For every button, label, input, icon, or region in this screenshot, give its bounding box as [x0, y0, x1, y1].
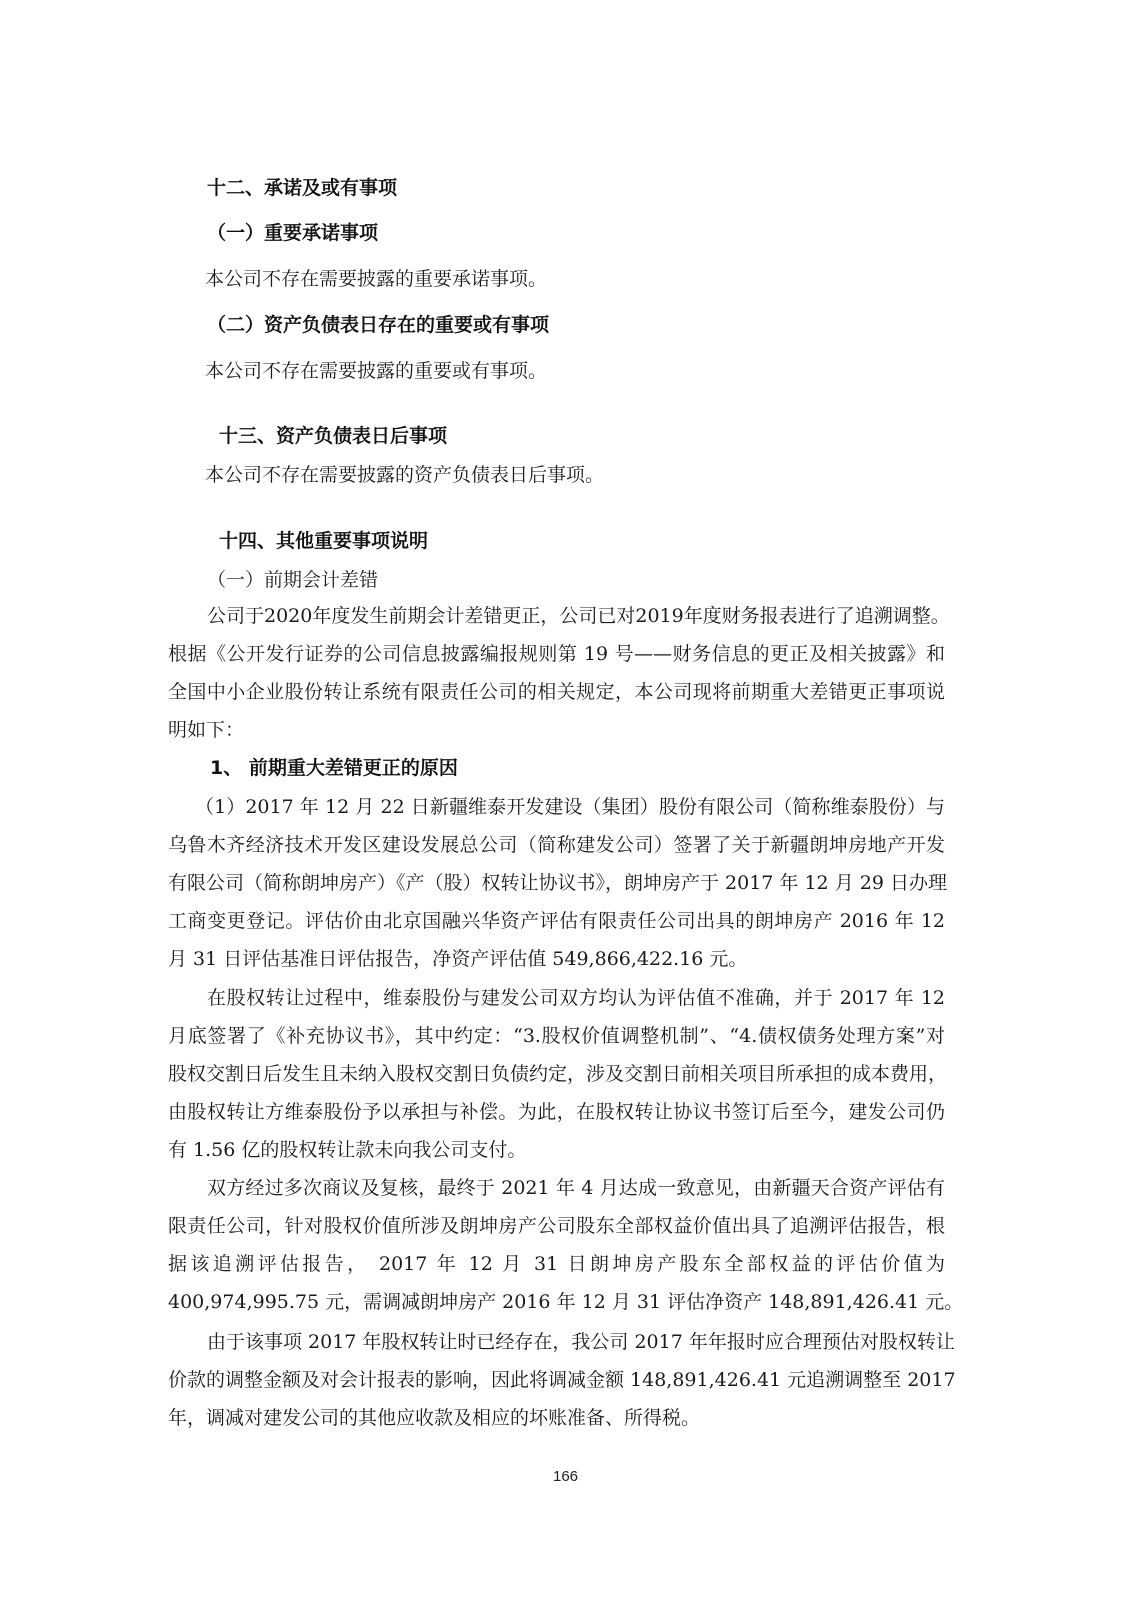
para2-line-4: 由股权转让方维泰股份予以承担与补偿。为此，在股权转让协议书签订后至今，建发公司仍: [168, 1100, 945, 1124]
page-number: 166: [0, 1468, 1131, 1485]
intro-line-2: 根据《公开发行证券的公司信息披露编报规则第 19 号——财务信息的更正及相关披露…: [168, 642, 945, 666]
para4-line-1: 由于该事项 2017 年股权转让时已经存在，我公司 2017 年年报时应合理预估…: [207, 1330, 945, 1354]
para3-line-4: 400,974,995.75 元，需调减朗坤房产 2016 年 12 月 31 …: [168, 1290, 963, 1314]
para1-line-4: 工商变更登记。评估价由北京国融兴华资产评估有限责任公司出具的朗坤房产 2016 …: [168, 909, 945, 933]
section-12-2-title: （二）资产负债表日存在的重要或有事项: [207, 313, 549, 337]
intro-line-3: 全国中小企业股份转让系统有限责任公司的相关规定，本公司现将前期重大差错更正事项说: [168, 680, 945, 704]
para3-line-2: 限责任公司，针对股权价值所涉及朗坤房产公司股东全部权益价值出具了追溯评估报告，根: [168, 1214, 945, 1238]
para1-line-2: 乌鲁木齐经济技术开发区建设发展总公司（简称建发公司）签署了关于新疆朗坤房地产开发: [168, 833, 945, 857]
cause-heading: 1、 前期重大差错更正的原因: [210, 756, 458, 780]
section-13-title: 十三、资产负债表日后事项: [219, 424, 447, 448]
section-12-2-body: 本公司不存在需要披露的重要或有事项。: [205, 359, 547, 383]
para3-line-1: 双方经过多次商议及复核，最终于 2021 年 4 月达成一致意见，由新疆天合资产…: [207, 1176, 945, 1200]
intro-line-1: 公司于2020年度发生前期会计差错更正，公司已对2019年度财务报表进行了追溯调…: [207, 604, 945, 628]
para1-line-3: 有限公司（简称朗坤房产）《产（股）权转让协议书》，朗坤房产于 2017 年 12…: [168, 871, 945, 895]
para2-line-3: 股权交割日后发生且未纳入股权交割日负债约定，涉及交割日前相关项目所承担的成本费用…: [168, 1062, 945, 1086]
section-12-title: 十二、承诺及或有事项: [207, 176, 397, 200]
intro-line-4: 明如下：: [168, 718, 244, 742]
section-12-1-title: （一）重要承诺事项: [207, 221, 378, 245]
section-13-body: 本公司不存在需要披露的资产负债表日后事项。: [205, 463, 604, 487]
para4-line-2: 价款的调整金额及对会计报表的影响，因此将调减金额 148,891,426.41 …: [168, 1368, 945, 1392]
para4-line-3: 年，调减对建发公司的其他应收款及相应的坏账准备、所得税。: [168, 1406, 700, 1430]
para2-line-2: 月底签署了《补充协议书》，其中约定：“3.股权价值调整机制”、“4.债权债务处理…: [168, 1024, 945, 1048]
section-12-1-body: 本公司不存在需要披露的重要承诺事项。: [205, 267, 547, 291]
section-14-1-title: （一）前期会计差错: [207, 568, 378, 592]
para1-line-1: （1）2017 年 12 月 22 日新疆维泰开发建设（集团）股份有限公司（简称…: [195, 795, 945, 819]
para2-line-1: 在股权转让过程中，维泰股份与建发公司双方均认为评估值不准确，并于 2017 年 …: [207, 986, 945, 1010]
para3-line-3: 据该追溯评估报告， 2017 年 12 月 31 日朗坤房产股东全部权益的评估价…: [168, 1252, 945, 1276]
section-14-title: 十四、其他重要事项说明: [219, 529, 428, 553]
para2-line-5: 有 1.56 亿的股权转让款未向我公司支付。: [168, 1138, 526, 1162]
para1-line-5: 月 31 日评估基准日评估报告，净资产评估值 549,866,422.16 元。: [168, 947, 747, 971]
